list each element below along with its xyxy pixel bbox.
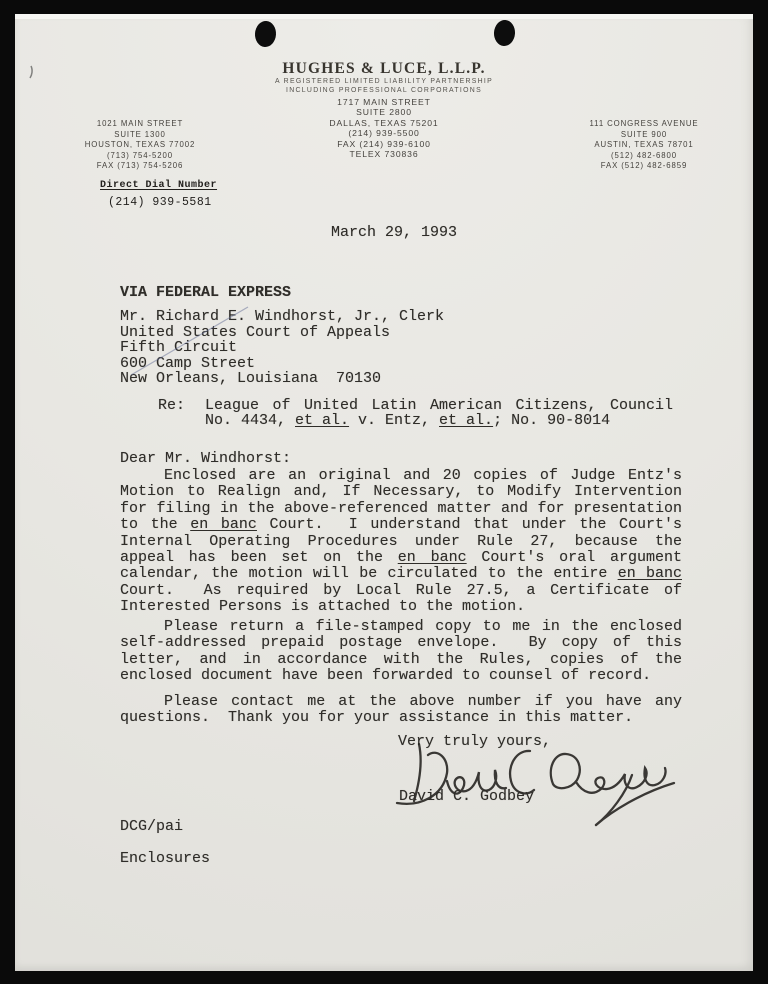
recipient-line: 600 Camp Street <box>120 356 682 372</box>
address-line: HOUSTON, TEXAS 77002 <box>55 140 225 151</box>
address-line: AUSTIN, TEXAS 78701 <box>559 140 729 151</box>
body-paragraph-3: Please contact me at the above number if… <box>120 694 682 727</box>
address-line: TELEX 730836 <box>284 149 484 159</box>
address-line: DALLAS, TEXAS 75201 <box>284 118 484 128</box>
body-paragraph-1: Enclosed are an original and 20 copies o… <box>120 468 682 616</box>
address-line: (214) 939-5500 <box>284 128 484 138</box>
address-line: (512) 482-6800 <box>559 151 729 162</box>
address-line: 1717 MAIN STREET <box>284 97 484 107</box>
letterhead-firm-name: HUGHES & LUCE, L.L.P. <box>15 60 753 78</box>
typed-signature-name: David C. Godbey <box>399 789 534 805</box>
re-block: Re: League of United Latin American Citi… <box>120 398 682 428</box>
address-line: (713) 754-5200 <box>55 151 225 162</box>
handwritten-signature <box>390 737 680 829</box>
body-paragraph-2: Please return a file-stamped copy to me … <box>120 619 682 685</box>
re-label: Re: <box>158 398 185 414</box>
address-line: SUITE 900 <box>559 130 729 141</box>
direct-dial-number: (214) 939-5581 <box>108 196 212 209</box>
address-line: 1021 MAIN STREET <box>55 119 225 130</box>
address-line: FAX (713) 754-5206 <box>55 161 225 172</box>
office-address-dallas: 1717 MAIN STREET SUITE 2800 DALLAS, TEXA… <box>284 97 484 159</box>
hole-punch-left <box>254 20 277 47</box>
recipient-line: United States Court of Appeals <box>120 325 682 341</box>
office-address-austin: 111 CONGRESS AVENUE SUITE 900 AUSTIN, TE… <box>559 119 729 172</box>
re-line-1: League of United Latin American Citizens… <box>205 398 673 413</box>
letterhead-subtitle-2: INCLUDING PROFESSIONAL CORPORATIONS <box>15 87 753 94</box>
salutation: Dear Mr. Windhorst: <box>120 451 682 467</box>
recipient-line: Mr. Richard E. Windhorst, Jr., Clerk <box>120 309 682 325</box>
direct-dial-label: Direct Dial Number <box>100 180 217 191</box>
office-address-houston: 1021 MAIN STREET SUITE 1300 HOUSTON, TEX… <box>55 119 225 172</box>
address-line: FAX (214) 939-6100 <box>284 139 484 149</box>
address-line: SUITE 2800 <box>284 107 484 117</box>
address-line: 111 CONGRESS AVENUE <box>559 119 729 130</box>
address-line: SUITE 1300 <box>55 130 225 141</box>
typist-initials: DCG/pai <box>120 819 682 835</box>
delivery-method: VIA FEDERAL EXPRESS <box>120 285 682 301</box>
re-line-2: No. 4434, et al. v. Entz, et al.; No. 90… <box>205 413 673 428</box>
letterhead-subtitle-1: A REGISTERED LIMITED LIABILITY PARTNERSH… <box>15 78 753 85</box>
hole-punch-right <box>493 19 516 46</box>
address-line: FAX (512) 482-6859 <box>559 161 729 172</box>
enclosures-note: Enclosures <box>120 851 682 867</box>
recipient-line: New Orleans, Louisiana 70130 <box>120 371 682 387</box>
recipient-line: Fifth Circuit <box>120 340 682 356</box>
letter-date: March 29, 1993 <box>331 225 457 241</box>
scanned-letter: HUGHES & LUCE, L.L.P. A REGISTERED LIMIT… <box>0 0 768 984</box>
recipient-address: Mr. Richard E. Windhorst, Jr., Clerk Uni… <box>120 309 682 387</box>
letter-page: HUGHES & LUCE, L.L.P. A REGISTERED LIMIT… <box>15 14 753 971</box>
